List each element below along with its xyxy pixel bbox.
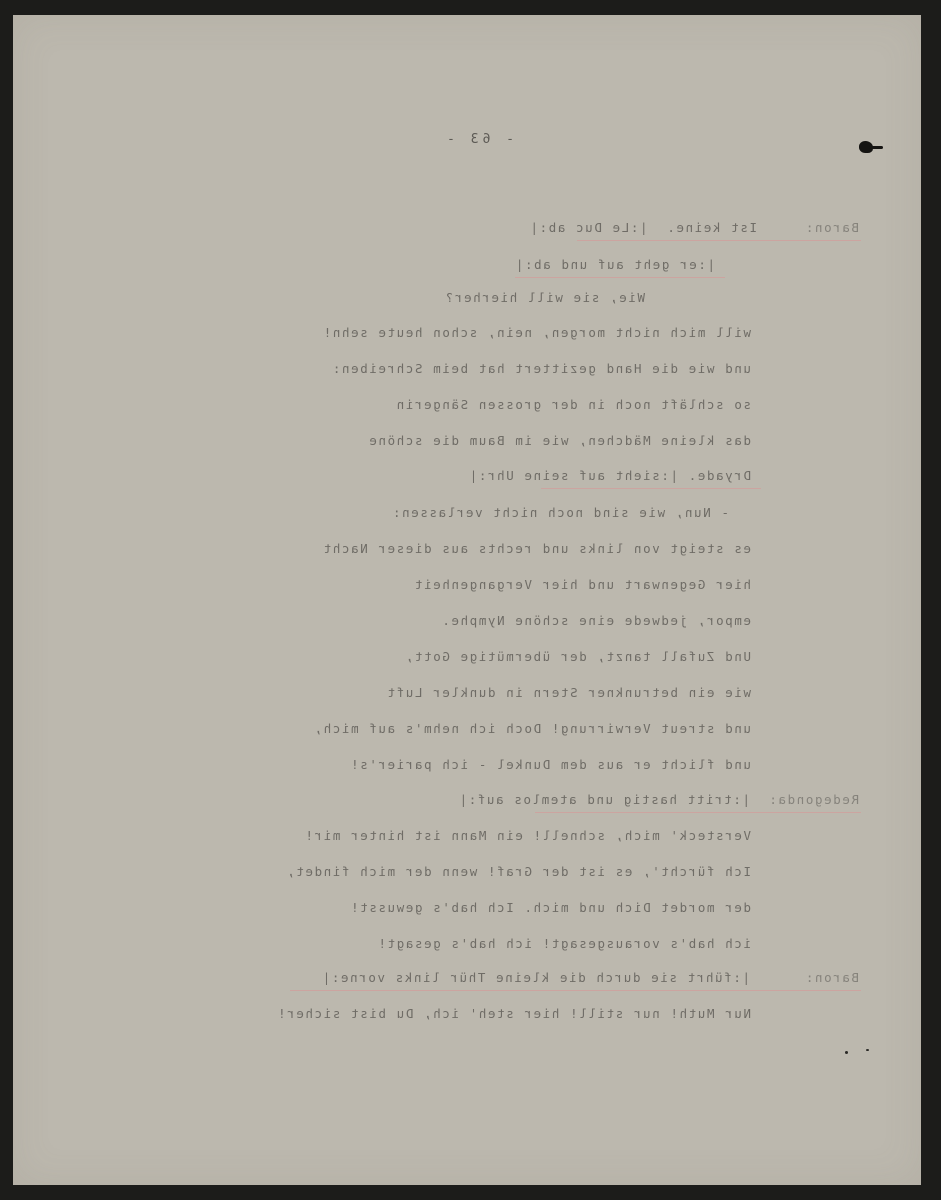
stage-direction-underline xyxy=(541,488,761,489)
text-line: Und Zufall tanzt, der übermütige Gott, xyxy=(404,649,751,665)
text-line: hier Gegenwart und hier Vergangenheit xyxy=(413,577,751,593)
speaker-label: Baron: xyxy=(804,970,859,986)
text-line: und wie die Hand gezittert hat beim Schr… xyxy=(331,361,751,377)
text-line: Nur Muth! nur still! hier steh' ich, Du … xyxy=(276,1006,751,1022)
text-line: Versteck' mich, schnell! ein Mann ist hi… xyxy=(304,828,751,844)
text-line: will mich nicht morgen, nein, schon heut… xyxy=(322,325,751,341)
text-line: wie ein betrunkner Stern in dunkler Luft xyxy=(386,685,751,701)
document-page: - 63 - Baron:Ist keine. |:Le Duc ab:||:e… xyxy=(13,15,921,1185)
text-line: es steigt von links und rechts aus diese… xyxy=(322,541,751,557)
stage-direction-underline xyxy=(535,812,861,813)
text-line: das kleine Mädchen, wie im Baum die schö… xyxy=(368,433,751,449)
dialogue-line: Ist keine. |:Le Duc ab:| xyxy=(529,220,757,236)
speaker-label: Redegonda: xyxy=(768,792,859,808)
text-line: so schläft noch in der grossen Sängerin xyxy=(395,397,751,413)
text-line: Dryade. |:sieht auf seine Uhr:| xyxy=(468,468,751,484)
text-line: der mordet Dich und mich. Ich hab's gewu… xyxy=(349,900,751,916)
dialogue-line: |:tritt hastig und atemlos auf:| xyxy=(458,792,750,808)
text-line: und streut Verwirrung! Doch ich nehm's a… xyxy=(313,721,751,737)
dialogue-line: |:führt sie durch die kleine Thür links … xyxy=(321,970,750,986)
speaker-label: Baron: xyxy=(804,220,859,236)
text-line: ich hab's vorausgesagt! ich hab's gesagt… xyxy=(377,936,751,952)
stage-direction-underline xyxy=(515,277,725,278)
text-line: und flicht er aus dem Dunkel - ich parie… xyxy=(349,757,751,773)
text-line: Ich fürcht', es ist der Graf! wenn der m… xyxy=(286,864,751,880)
text-line: - Nun, wie sind noch nicht verlassen: xyxy=(391,505,729,521)
text-line: Wie, sie will hierher? xyxy=(444,290,645,306)
text-line: |:er geht auf und ab:| xyxy=(514,257,715,273)
stage-direction-underline xyxy=(577,240,861,241)
typewritten-script: Baron:Ist keine. |:Le Duc ab:||:er geht … xyxy=(13,15,921,1185)
stage-direction-underline xyxy=(290,990,861,991)
text-line: empor, jedwede eine schöne Nymphe. xyxy=(441,613,751,629)
